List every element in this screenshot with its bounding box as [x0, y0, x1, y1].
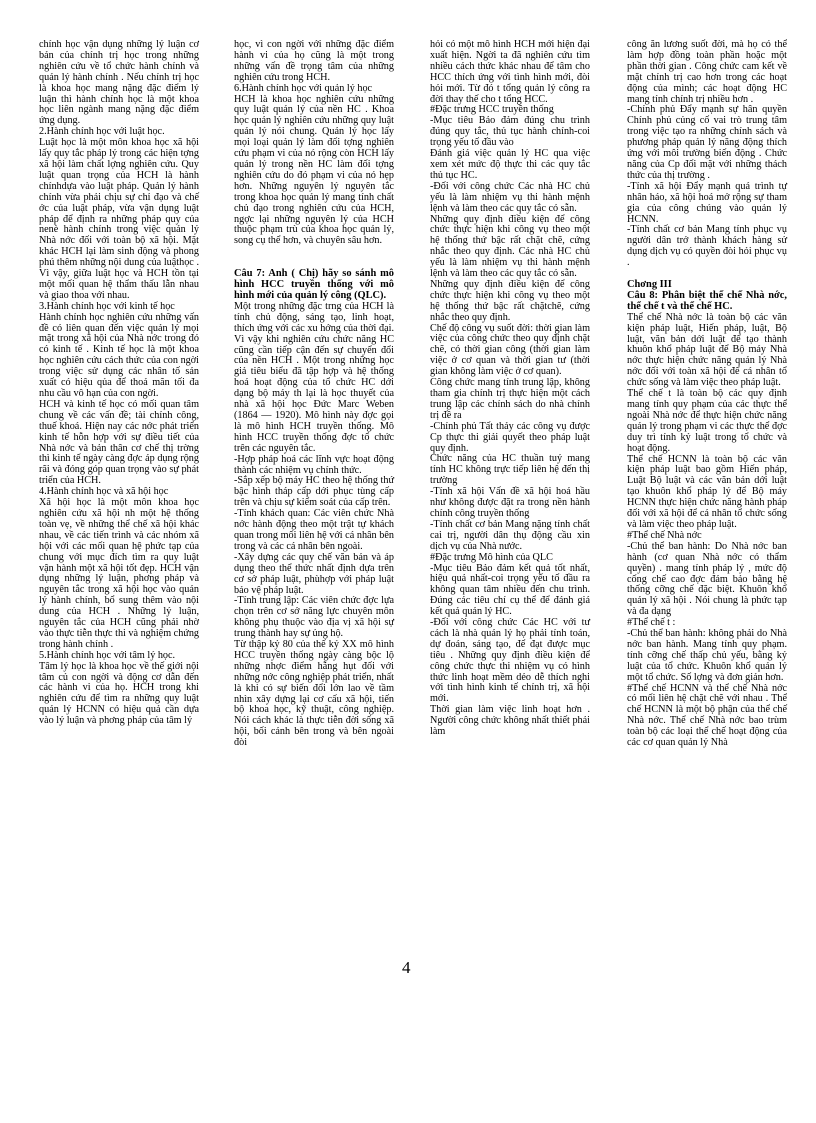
section-heading: 6.Hành chính học với quản lý học	[234, 84, 394, 95]
list-item: -Xây dựng các quy chế văn bản và áp dụng…	[234, 553, 394, 597]
paragraph: Thời gian làm việc linh hoạt hơn . Người…	[430, 705, 590, 738]
text-column-1: chính học vận dụng những lý luận cơ bản …	[39, 40, 199, 727]
paragraph: Những quy định điều kiện để công chức th…	[430, 215, 590, 280]
paragraph: học, vì con ngời với những đặc điểm hành…	[234, 40, 394, 84]
list-item: -Tính trung lập: Các viên chức đợc lựa c…	[234, 596, 394, 640]
paragraph: Những quy định điều kiện để công chức th…	[430, 280, 590, 324]
list-item: -Chính phủ Đẩy mạnh sự hân quyền Chính p…	[627, 105, 787, 181]
chapter-heading: Chơng III Câu 8: Phân biệt thể chế Nhà n…	[627, 280, 787, 313]
list-item: -Chủ thể ban hành: không phải do Nhà nớc…	[627, 629, 787, 684]
list-item: -Đối với công chức Các HC với tư cách là…	[430, 618, 590, 705]
list-item: -Mục tiêu Bảo đảm đúng chu trình đúng qu…	[430, 116, 590, 149]
paragraph: HCH là khoa học nghiên cứu những quy luậ…	[234, 95, 394, 248]
list-item: -Đối với công chức Các nhà HC chủ yếu là…	[430, 182, 590, 215]
document-page: chính học vận dụng những lý luận cơ bản …	[0, 0, 816, 1123]
list-item: -Tính chất cơ bản Mang tính phục vụ ngườ…	[627, 225, 787, 269]
question-heading: Câu 7: Anh ( Chị) hãy so sánh mô hình HC…	[234, 269, 394, 302]
paragraph: Hành chính học nghiên cứu những vấn đề c…	[39, 313, 199, 400]
list-item: -Chính phủ Tất thảy các công vụ được Cp …	[430, 422, 590, 455]
paragraph: Thể chế HCNN là toàn bộ các văn kiện phá…	[627, 455, 787, 531]
paragraph: Thể chế t là toàn bộ các quy định mang t…	[627, 389, 787, 454]
list-item: -Mục tiêu Bảo đảm kết quả tốt nhất, hiệu…	[430, 564, 590, 619]
text-column-3: hỏi có một mô hình HCH mới hiện đại xuất…	[430, 40, 590, 738]
list-item: -Tính chất cơ bản Mang nặng tính chất ca…	[430, 520, 590, 553]
paragraph: Chức năng của HC thuần tuý mang tính HC …	[430, 454, 590, 487]
paragraph: #Thể chế HCNN và thể chế Nhà nớc có mối …	[627, 684, 787, 749]
list-item: -Tính khách quan: Các viên chức Nhà nớc …	[234, 509, 394, 553]
paragraph: Công chức mang tính trung lập, không tha…	[430, 378, 590, 422]
text-column-2: học, vì con ngời với những đặc điểm hành…	[234, 40, 394, 749]
paragraph: công ăn lương suốt đời, mà họ có thể làm…	[627, 40, 787, 105]
list-item: -Sắp xếp bộ máy HC theo hệ thống thứ bậc…	[234, 476, 394, 509]
paragraph: Một trong những đặc trng của HCH là tính…	[234, 302, 394, 455]
subsection-heading: #Đặc trưng Mô hình của QLC	[430, 553, 590, 564]
list-item: -Tính xã hội Vấn đề xã hội hoá hầu như k…	[430, 487, 590, 520]
paragraph: chính học vận dụng những lý luận cơ bản …	[39, 40, 199, 127]
list-item: -Chủ thể ban hành: Do Nhà nớc ban hành (…	[627, 542, 787, 618]
paragraph: Tâm lý học là khoa học về thế giới nội t…	[39, 662, 199, 727]
paragraph: hỏi có một mô hình HCH mới hiện đại xuất…	[430, 40, 590, 105]
paragraph: Thể chế Nhà nớc là toàn bộ các văn kiện …	[627, 313, 787, 389]
text-column-4: công ăn lương suốt đời, mà họ có thể làm…	[627, 40, 787, 749]
paragraph: Từ thập kỷ 80 của thế kỷ XX mô hình HCC …	[234, 640, 394, 749]
paragraph: Luật học là một môn khoa học xã hội lấy …	[39, 138, 199, 302]
page-number: 4	[402, 958, 411, 978]
paragraph: Đánh giá việc quản lý HC qua việc xem xé…	[430, 149, 590, 182]
paragraph: Xã hội học là một môn khoa học nghiên cứ…	[39, 498, 199, 651]
list-item: -Tính xã hội Đẩy mạnh quá trình tự nhân …	[627, 182, 787, 226]
paragraph: Chế độ công vụ suốt đời: thời gian làm v…	[430, 324, 590, 379]
spacer	[234, 247, 394, 269]
list-item: -Hợp pháp hoá các lĩnh vực hoạt động thà…	[234, 455, 394, 477]
paragraph: HCH và kinh tế học có mối quan tâm chung…	[39, 400, 199, 487]
